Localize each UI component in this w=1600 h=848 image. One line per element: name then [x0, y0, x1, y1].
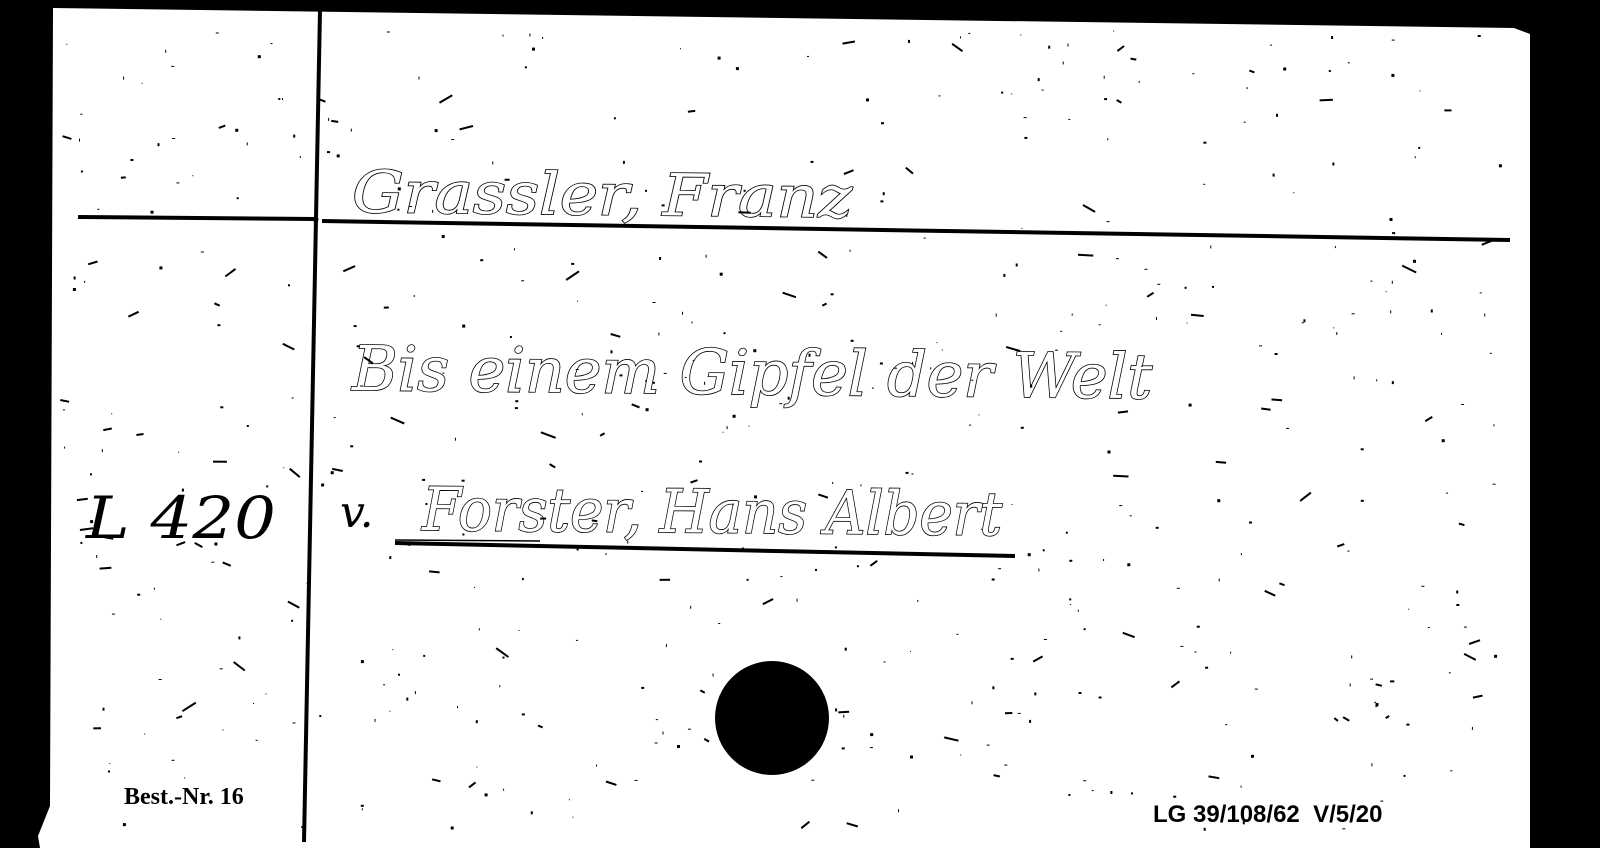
form-number: Best.-Nr. 16	[124, 784, 244, 810]
author-prefix: v.	[340, 487, 374, 538]
print-code: LG 39/108/62 V/5/20	[1153, 801, 1383, 828]
title-entry: Bis einem Gipfel der Welt	[351, 332, 1153, 413]
punch-hole	[715, 661, 829, 775]
name-entry: Grassler, Franz	[352, 158, 853, 231]
index-card: Grassler, Franz Bis einem Gipfel der Wel…	[0, 0, 1600, 848]
author-entry: Forster, Hans Albert	[421, 475, 1003, 550]
header-rule-left	[78, 217, 316, 219]
signature-code: L 420	[85, 484, 276, 552]
